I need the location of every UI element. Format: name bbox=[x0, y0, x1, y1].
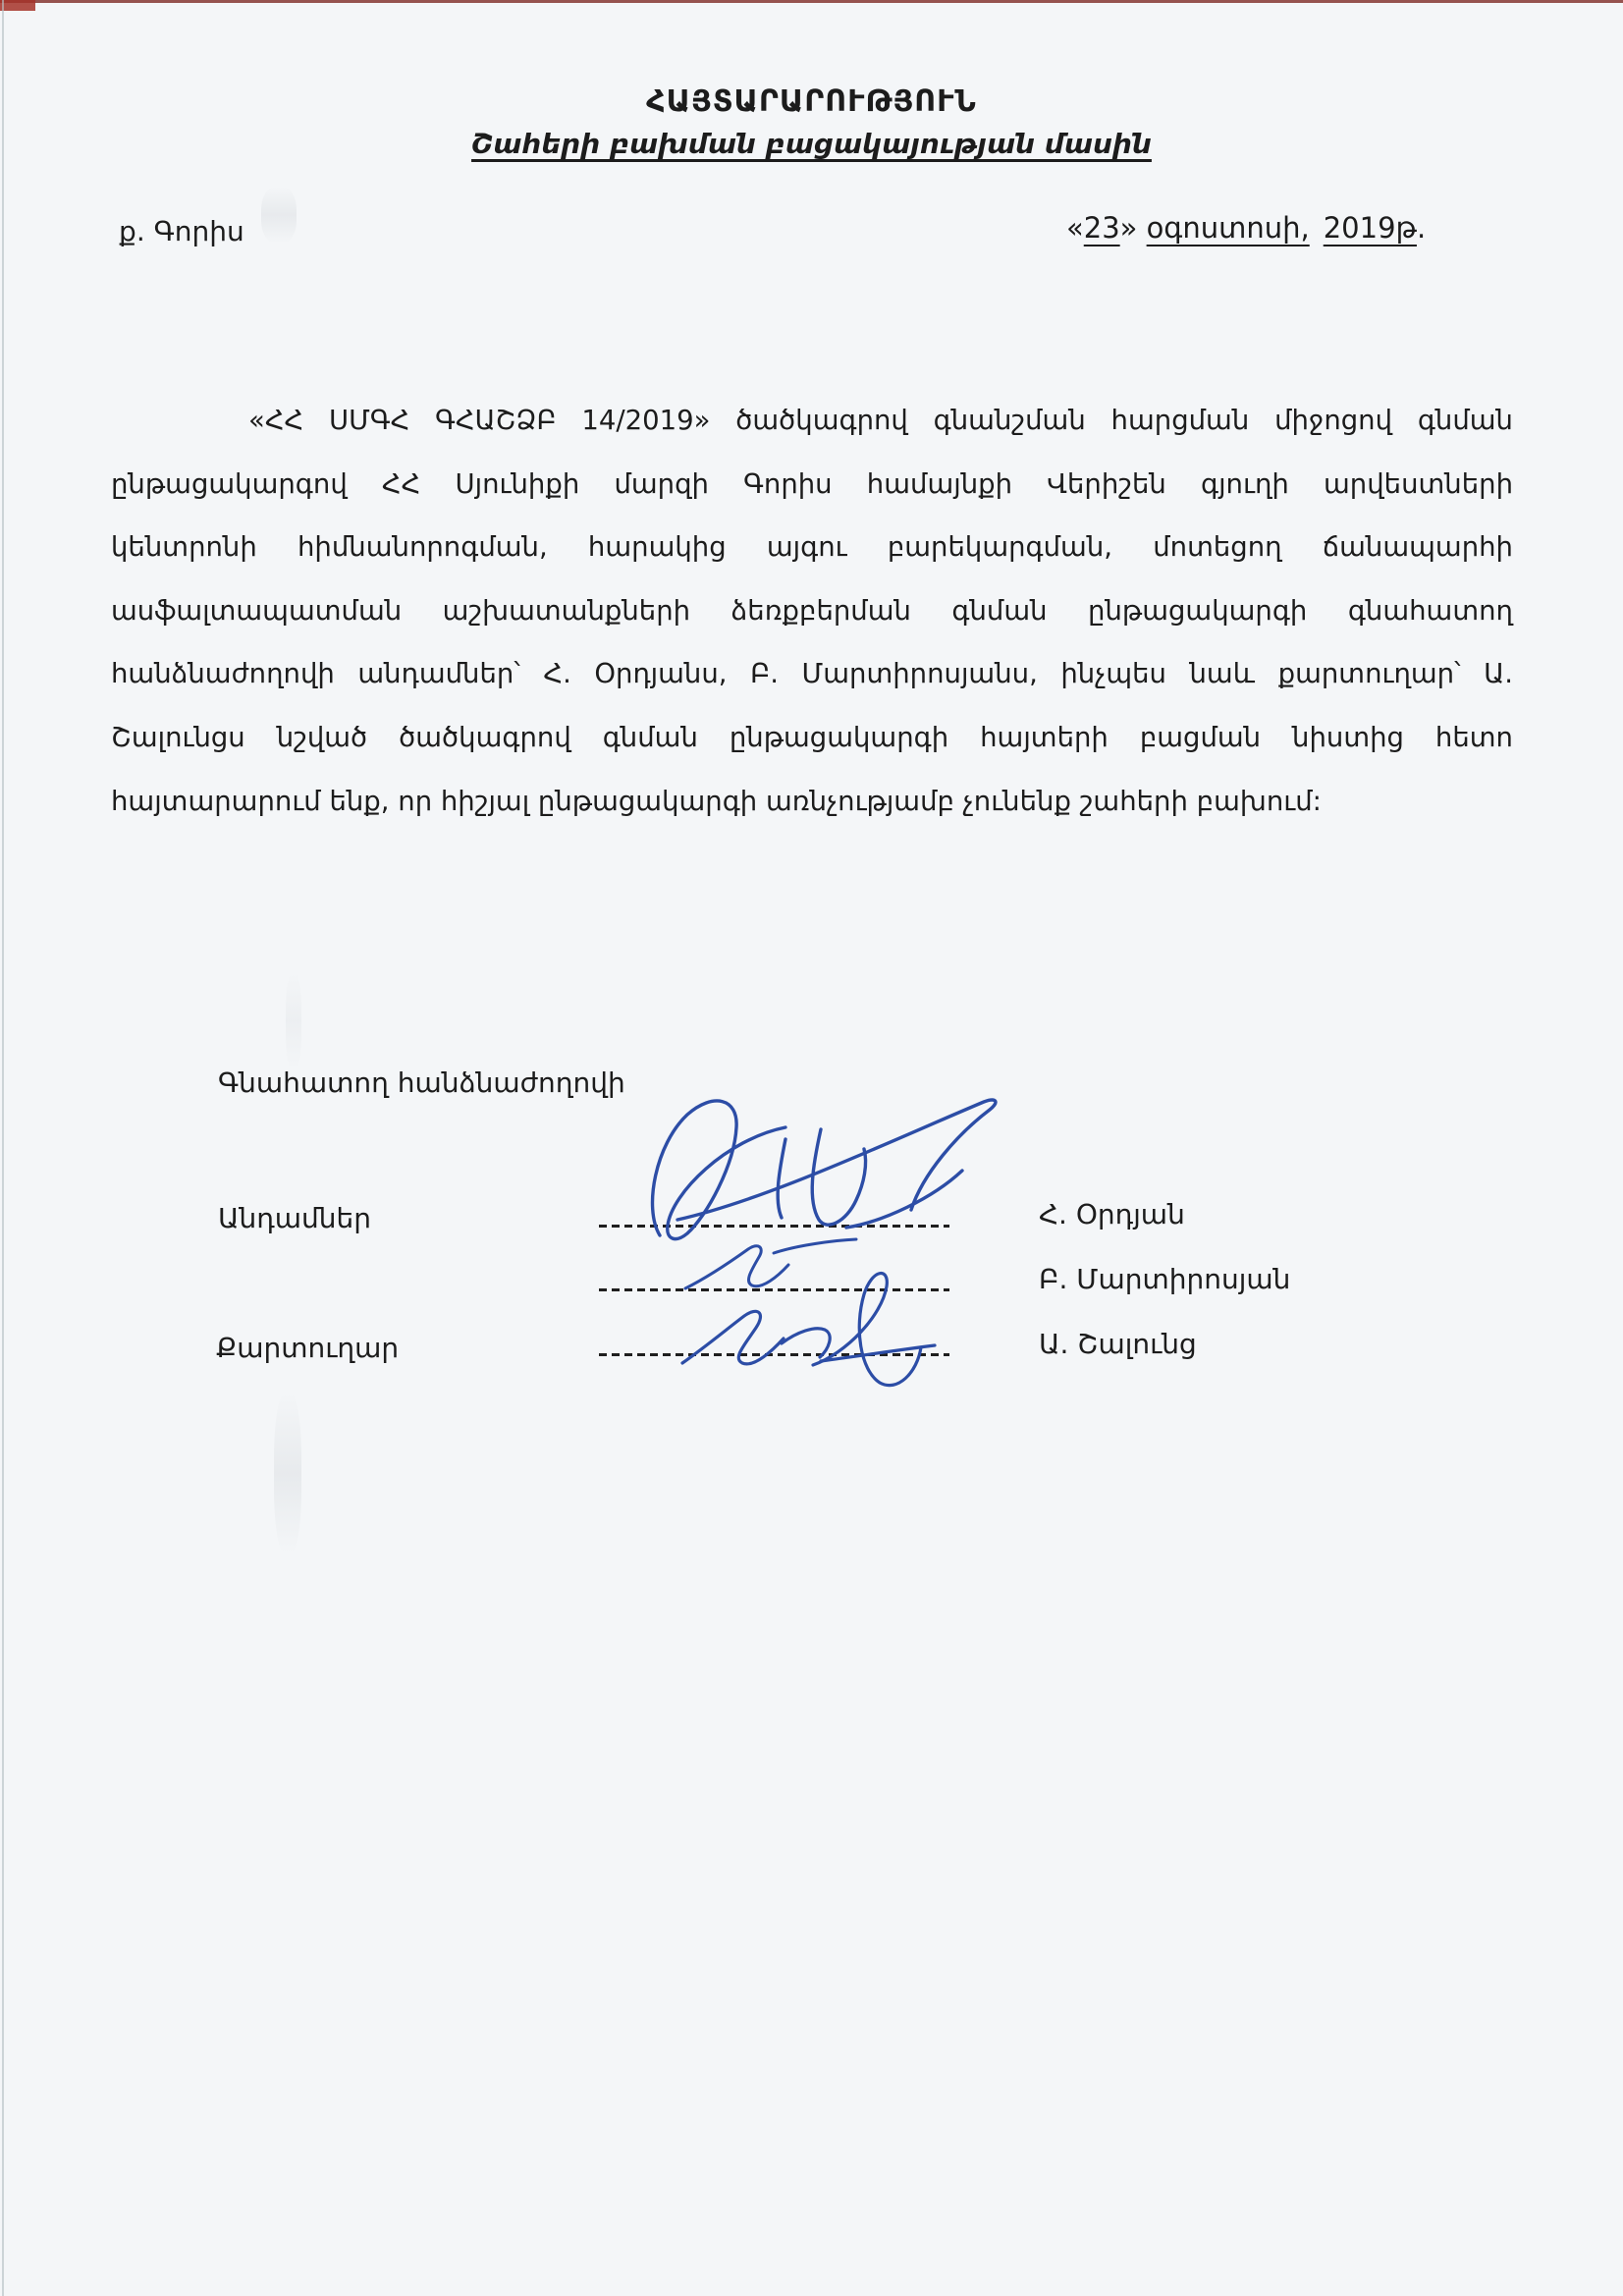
document-title: ՀԱՅՏԱՐԱՐՈՒԹՅՈՒՆ bbox=[0, 84, 1623, 119]
scan-smudge bbox=[286, 972, 301, 1070]
secretary-label: Քարտուղար bbox=[216, 1332, 399, 1364]
scan-smudge bbox=[261, 187, 297, 244]
body-line: կենտրոնի հիմնանորոգման, հարակից այգու բա… bbox=[111, 516, 1513, 579]
signer-name: Բ. Մարտիրոսյան bbox=[1039, 1263, 1290, 1295]
handwritten-signatures bbox=[0, 0, 1623, 2296]
signature-line bbox=[599, 1225, 949, 1228]
date-text: «23» օգոստոսի,2019թ. bbox=[1066, 211, 1426, 245]
date-year: 2019թ bbox=[1324, 211, 1417, 245]
signature-line bbox=[599, 1288, 949, 1291]
members-label: Անդամներ bbox=[218, 1202, 371, 1234]
date-quote-open: « bbox=[1066, 211, 1084, 245]
signer-name: Հ. Օրդյան bbox=[1039, 1198, 1185, 1230]
scan-edge-artifact-left bbox=[2, 0, 4, 2296]
date-day: 23 bbox=[1084, 211, 1120, 245]
scanned-declaration-page: ՀԱՅՏԱՐԱՐՈՒԹՅՈՒՆ Շահերի բախման բացակայութ… bbox=[0, 0, 1623, 2296]
place-text: ք. Գորիս bbox=[119, 215, 244, 247]
date-period: . bbox=[1417, 211, 1426, 245]
body-line: հայտարարում ենք, որ հիշյալ ընթացակարգի ա… bbox=[111, 770, 1513, 834]
body-paragraph: «ՀՀ ՍՄԳՀ ԳՀԱՇՁԲ 14/2019» ծածկագրով գնանշ… bbox=[111, 389, 1513, 833]
signature-line bbox=[599, 1353, 949, 1356]
date-quote-close: » bbox=[1120, 211, 1147, 245]
scan-edge-artifact-corner bbox=[0, 0, 35, 11]
signature-ink-martirosyan bbox=[685, 1239, 856, 1288]
body-line: ընթացակարգով ՀՀ Սյունիքի մարզի Գորիս համ… bbox=[111, 453, 1513, 517]
body-line: «ՀՀ ՍՄԳՀ ԳՀԱՇՁԲ 14/2019» ծածկագրով գնանշ… bbox=[111, 389, 1513, 453]
signer-name: Ա. Շալունց bbox=[1039, 1328, 1197, 1360]
date-month: օգոստոսի, bbox=[1147, 211, 1310, 245]
scan-edge-artifact-top bbox=[0, 0, 1623, 3]
body-line: ասֆալտապատման աշխատանքների ձեռքբերման գն… bbox=[111, 579, 1513, 643]
signature-section-heading: Գնահատող հանձնաժողովի bbox=[218, 1066, 625, 1099]
signature-ink-ordyan bbox=[653, 1100, 996, 1239]
scan-smudge bbox=[274, 1393, 301, 1555]
body-line: հանձնաժողովի անդամներ՝ Հ. Օրդյանս, Բ. Մա… bbox=[111, 642, 1513, 706]
body-line: Շալունցս նշված ծածկագրով գնման ընթացակար… bbox=[111, 706, 1513, 770]
document-subtitle: Շահերի բախման բացակայության մասին bbox=[0, 128, 1623, 160]
document-header: ՀԱՅՏԱՐԱՐՈՒԹՅՈՒՆ Շահերի բախման բացակայութ… bbox=[0, 84, 1623, 160]
